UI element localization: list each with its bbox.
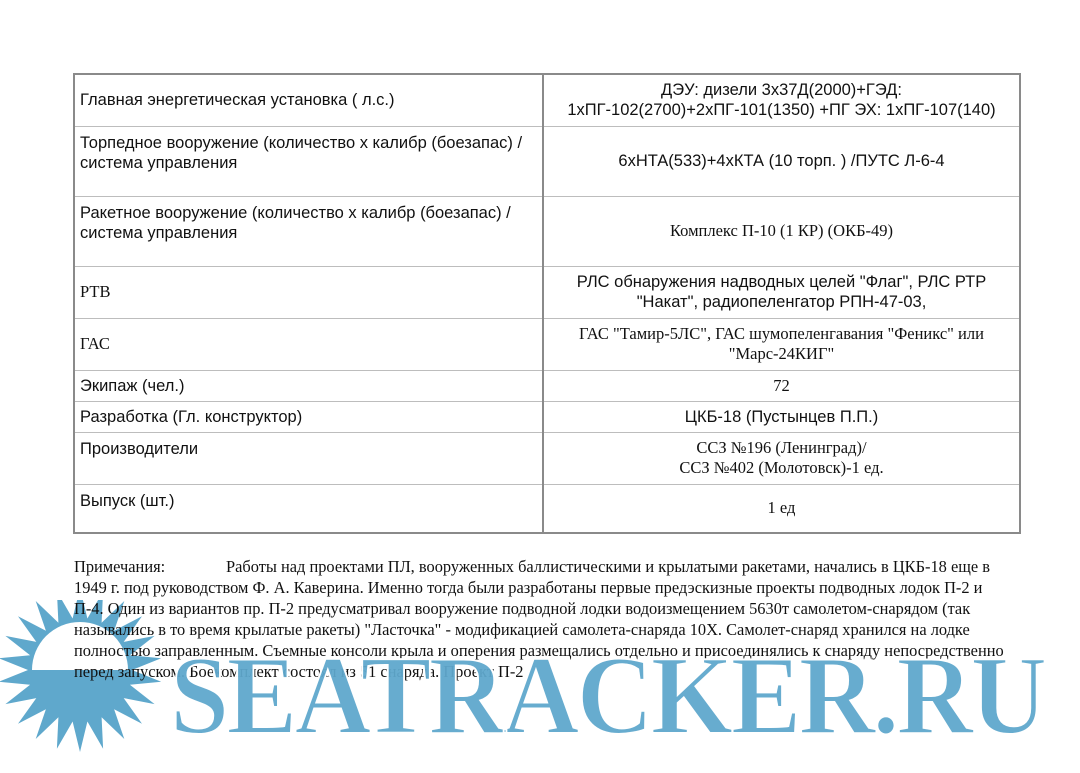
row-value: 6хНТА(533)+4хКТА (10 торп. ) /ПУТС Л-6-4 [543, 126, 1020, 196]
row-label: Экипаж (чел.) [74, 370, 543, 401]
row-label: Главная энергетическая установка ( л.с.) [74, 74, 543, 126]
table-row: Главная энергетическая установка ( л.с.)… [74, 74, 1020, 126]
table-row: Экипаж (чел.) 72 [74, 370, 1020, 401]
row-value: РЛС обнаружения надводных целей "Флаг", … [543, 266, 1020, 318]
table-row: Разработка (Гл. конструктор) ЦКБ-18 (Пус… [74, 401, 1020, 432]
row-value: ССЗ №196 (Ленинград)/ ССЗ №402 (Молотовс… [543, 432, 1020, 484]
table-row: Производители ССЗ №196 (Ленинград)/ ССЗ … [74, 432, 1020, 484]
manufacturer-line-1: ССЗ №196 (Ленинград)/ [549, 438, 1014, 458]
row-value: ДЭУ: дизели 3х37Д(2000)+ГЭД: 1хПГ-102(27… [543, 74, 1020, 126]
row-value: ГАС "Тамир-5ЛС", ГАС шумопеленгавания "Ф… [543, 318, 1020, 370]
row-label: Производители [74, 432, 543, 484]
row-value: 72 [543, 370, 1020, 401]
row-label: Ракетное вооружение (количество х калибр… [74, 196, 543, 266]
table-row: ГАС ГАС "Тамир-5ЛС", ГАС шумопеленгавани… [74, 318, 1020, 370]
table-row: Выпуск (шт.) 1 ед [74, 484, 1020, 533]
row-value: 1 ед [543, 484, 1020, 533]
table-row: РТВ РЛС обнаружения надводных целей "Фла… [74, 266, 1020, 318]
table-row: Ракетное вооружение (количество х калибр… [74, 196, 1020, 266]
notes-label: Примечания: [74, 556, 226, 577]
row-label: Торпедное вооружение (количество х калиб… [74, 126, 543, 196]
row-label: РТВ [74, 266, 543, 318]
row-label: Разработка (Гл. конструктор) [74, 401, 543, 432]
watermark-text: SEATRACKER.RU [170, 640, 1044, 752]
row-value: ЦКБ-18 (Пустынцев П.П.) [543, 401, 1020, 432]
row-label: ГАС [74, 318, 543, 370]
table-row: Торпедное вооружение (количество х калиб… [74, 126, 1020, 196]
row-value: Комплекс П-10 (1 КР) (ОКБ-49) [543, 196, 1020, 266]
row-label: Выпуск (шт.) [74, 484, 543, 533]
specifications-table: Главная энергетическая установка ( л.с.)… [73, 73, 1021, 534]
manufacturer-line-2: ССЗ №402 (Молотовск)-1 ед. [549, 458, 1014, 478]
